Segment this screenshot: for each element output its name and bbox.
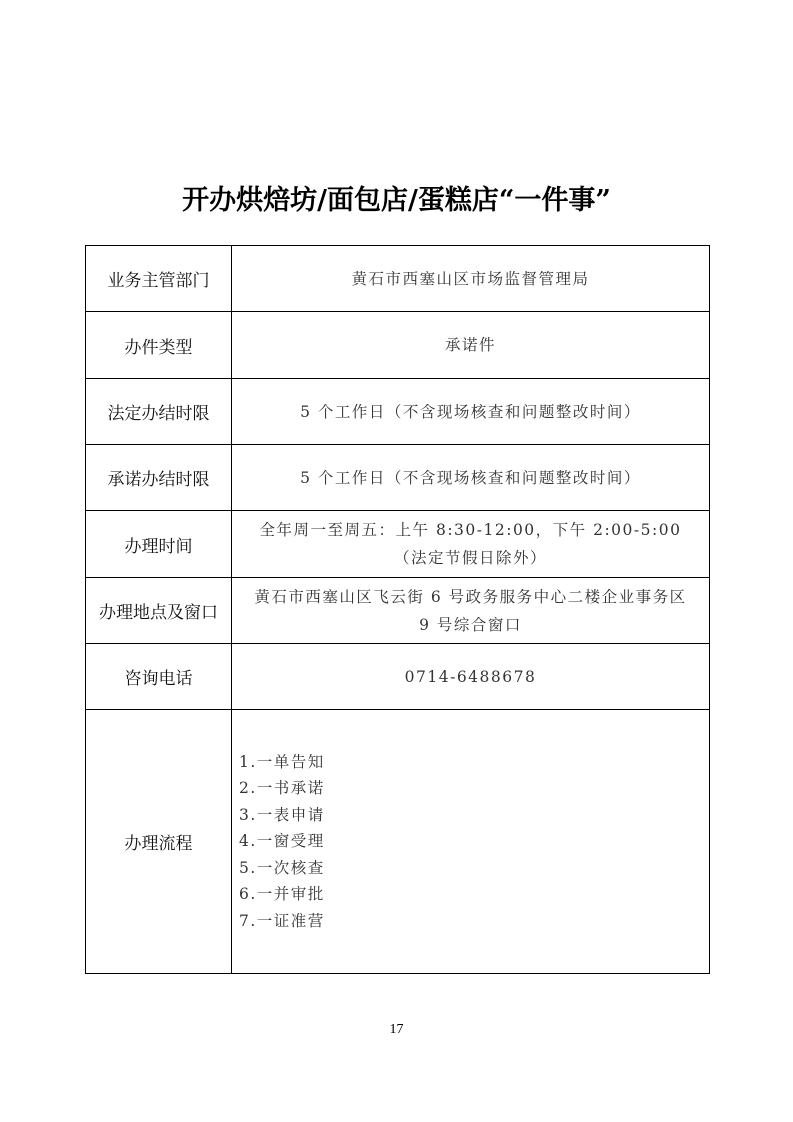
row-label-office-hours: 办理时间	[86, 511, 232, 578]
process-step: 3.一表申请	[239, 802, 709, 829]
table-row: 办理地点及窗口 黄石市西塞山区飞云街 6 号政务服务中心二楼企业事务区 9 号综…	[86, 578, 710, 644]
row-label-legal-deadline: 法定办结时限	[86, 379, 232, 445]
row-value-case-type: 承诺件	[232, 312, 710, 379]
page-number: 17	[0, 1022, 793, 1038]
location-line1: 黄石市西塞山区飞云街 6 号政务服务中心二楼企业事务区	[232, 583, 709, 611]
row-value-process: 1.一单告知 2.一书承诺 3.一表申请 4.一窗受理 5.一次核查 6.一并审…	[232, 710, 710, 974]
service-info-table: 业务主管部门 黄石市西塞山区市场监督管理局 办件类型 承诺件 法定办结时限 5 …	[85, 245, 710, 974]
table-row: 办理流程 1.一单告知 2.一书承诺 3.一表申请 4.一窗受理 5.一次核查 …	[86, 710, 710, 974]
table-row: 承诺办结时限 5 个工作日（不含现场核查和问题整改时间）	[86, 445, 710, 511]
process-steps-list: 1.一单告知 2.一书承诺 3.一表申请 4.一窗受理 5.一次核查 6.一并审…	[239, 749, 709, 935]
row-label-promised-deadline: 承诺办结时限	[86, 445, 232, 511]
row-value-legal-deadline: 5 个工作日（不含现场核查和问题整改时间）	[232, 379, 710, 445]
row-value-promised-deadline: 5 个工作日（不含现场核查和问题整改时间）	[232, 445, 710, 511]
row-label-case-type: 办件类型	[86, 312, 232, 379]
location-line2: 9 号综合窗口	[232, 611, 709, 639]
process-step: 4.一窗受理	[239, 828, 709, 855]
row-label-department: 业务主管部门	[86, 246, 232, 312]
row-value-department: 黄石市西塞山区市场监督管理局	[232, 246, 710, 312]
row-label-location: 办理地点及窗口	[86, 578, 232, 644]
table-row: 办理时间 全年周一至周五：上午 8:30-12:00，下午 2:00-5:00 …	[86, 511, 710, 578]
table-row: 咨询电话 0714-6488678	[86, 644, 710, 710]
row-label-phone: 咨询电话	[86, 644, 232, 710]
process-step: 7.一证准营	[239, 908, 709, 935]
office-hours-line2: （法定节假日除外）	[232, 544, 709, 572]
table-row: 办件类型 承诺件	[86, 312, 710, 379]
process-step: 1.一单告知	[239, 749, 709, 776]
process-step: 5.一次核查	[239, 855, 709, 882]
office-hours-line1: 全年周一至周五：上午 8:30-12:00，下午 2:00-5:00	[232, 516, 709, 544]
row-value-office-hours: 全年周一至周五：上午 8:30-12:00，下午 2:00-5:00 （法定节假…	[232, 511, 710, 578]
process-step: 6.一并审批	[239, 881, 709, 908]
table-row: 业务主管部门 黄石市西塞山区市场监督管理局	[86, 246, 710, 312]
document-title: 开办烘焙坊/面包店/蛋糕店“一件事”	[0, 178, 793, 217]
table-row: 法定办结时限 5 个工作日（不含现场核查和问题整改时间）	[86, 379, 710, 445]
process-step: 2.一书承诺	[239, 775, 709, 802]
row-label-process: 办理流程	[86, 710, 232, 974]
row-value-location: 黄石市西塞山区飞云街 6 号政务服务中心二楼企业事务区 9 号综合窗口	[232, 578, 710, 644]
row-value-phone: 0714-6488678	[232, 644, 710, 710]
